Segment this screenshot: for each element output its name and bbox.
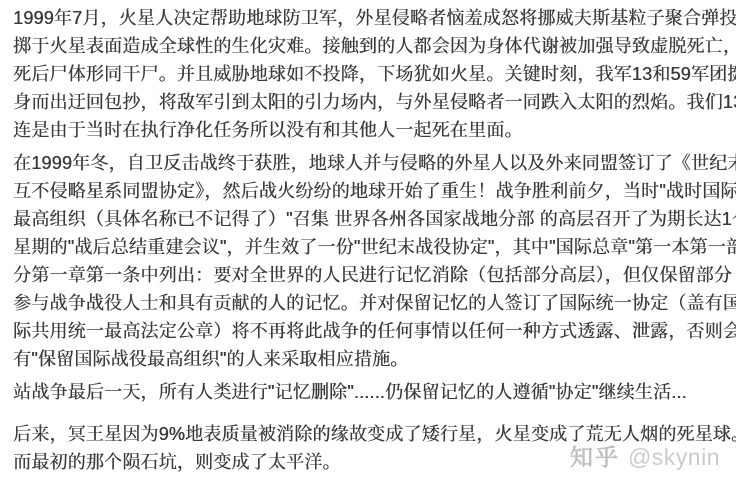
text-line: 互不侵略星系同盟协定》，然后战火纷纷的地球开始了重生！战争胜利前夕，当时"战时国… <box>13 177 726 205</box>
text-line: 星期的"战后总结重建会议"，并生效了一份"世纪末战役协定"，其中"国际总章"第一… <box>13 233 726 261</box>
text-line: 1999年7月，火星人决定帮助地球防卫军，外星侵略者恼羞成怒将挪威夫斯基粒子聚合… <box>13 4 726 32</box>
paragraph: 站战争最后一天，所有人类进行"记忆删除"......仍保留记忆的人遵循"协定"继… <box>13 378 726 406</box>
article-body: 1999年7月，火星人决定帮助地球防卫军，外星侵略者恼羞成怒将挪威夫斯基粒子聚合… <box>13 4 726 476</box>
text-line: 站战争最后一天，所有人类进行"记忆删除"......仍保留记忆的人遵循"协定"继… <box>13 378 726 406</box>
text-line: 身而出迂回包抄，将敌军引到太阳的引力场内，与外星侵略者一同跌入太阳的烈焰。我们1… <box>13 88 726 116</box>
text-line: 掷于火星表面造成全球性的生化灾难。接触到的人都会因为身体代谢被加强导致虚脱死亡， <box>13 32 726 60</box>
paragraph: 1999年7月，火星人决定帮助地球防卫军，外星侵略者恼羞成怒将挪威夫斯基粒子聚合… <box>13 4 726 144</box>
text-line: 后来，冥王星因为9%地表质量被消除的缘故变成了矮行星，火星变成了荒无人烟的死星球… <box>13 420 726 448</box>
text-line: 分第一章第一条中列出：要对全世界的人民进行记忆消除（包括部分高层），但仅保留部分 <box>13 261 726 289</box>
text-line: 而最初的那个陨石坑，则变成了太平洋。 <box>13 448 726 476</box>
text-line: 参与战争战役人士和具有贡献的人的记忆。并对保留记忆的人签订了国际统一协定（盖有国 <box>13 289 726 317</box>
paragraph: 后来，冥王星因为9%地表质量被消除的缘故变成了矮行星，火星变成了荒无人烟的死星球… <box>13 420 726 476</box>
paragraph: 在1999年冬，自卫反击战终于获胜，地球人并与侵略的外星人以及外来同盟签订了《世… <box>13 149 726 373</box>
text-line: 最高组织（具体名称已不记得了）"召集 世界各州各国家战地分部 的高层召开了为期长… <box>13 205 726 233</box>
text-line: 际共用统一最高法定公章）将不再将此战争的任何事情以任何一种方式透露、泄露，否则会 <box>13 317 726 345</box>
text-line: 在1999年冬，自卫反击战终于获胜，地球人并与侵略的外星人以及外来同盟签订了《世… <box>13 149 726 177</box>
text-line: 有"保留国际战役最高组织"的人来采取相应措施。 <box>13 345 726 373</box>
text-line: 连是由于当时在执行净化任务所以没有和其他人一起死在里面。 <box>13 116 726 144</box>
article-page: 1999年7月，火星人决定帮助地球防卫军，外星侵略者恼羞成怒将挪威夫斯基粒子聚合… <box>0 0 736 477</box>
text-line: 死后尸体形同干尸。并且威胁地球如不投降，下场犹如火星。关键时刻，我军13和59军… <box>13 60 726 88</box>
